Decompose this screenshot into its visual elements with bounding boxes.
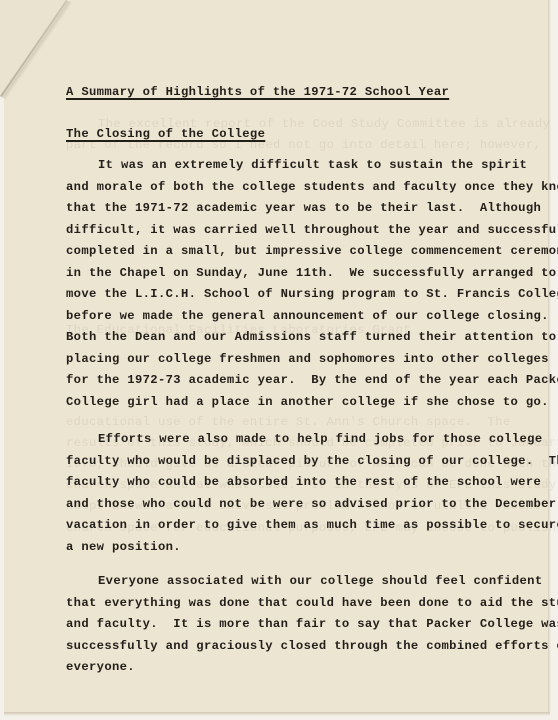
text-line: and faculty. It is more than fair to say… bbox=[66, 617, 558, 631]
ghost-line: educational use of the entire St. Ann's … bbox=[66, 415, 511, 429]
text-line: College girl had a place in another coll… bbox=[66, 395, 549, 409]
document-title: A Summary of Highlights of the 1971-72 S… bbox=[66, 85, 449, 99]
text-line: that everything was done that could have… bbox=[66, 596, 558, 610]
text-line: difficult, it was carried well throughou… bbox=[66, 223, 558, 237]
text-line: before we made the general announcement … bbox=[66, 309, 549, 323]
text-line: successfully and graciously closed throu… bbox=[66, 639, 558, 653]
text-line: everyone. bbox=[66, 660, 135, 674]
text-line: for the 1972-73 academic year. By the en… bbox=[66, 373, 558, 387]
section-heading: The Closing of the College bbox=[66, 127, 265, 141]
text-line: Efforts were also made to help find jobs… bbox=[98, 432, 543, 446]
text-line: faculty who would be displaced by the cl… bbox=[66, 454, 558, 468]
text-line: a new position. bbox=[66, 540, 181, 554]
text-line: placing our college freshmen and sophomo… bbox=[66, 352, 549, 366]
text-line: Everyone associated with our college sho… bbox=[98, 574, 543, 588]
text-line: and those who could not be were so advis… bbox=[66, 497, 556, 511]
text-line: vacation in order to give them as much t… bbox=[66, 518, 558, 532]
text-line: faculty who could be absorbed into the r… bbox=[66, 475, 541, 489]
text-line: It was an extremely difficult task to su… bbox=[98, 158, 527, 172]
page-edge-bottom bbox=[4, 712, 550, 716]
text-line: that the 1971-72 academic year was to be… bbox=[66, 201, 541, 215]
text-line: completed in a small, but impressive col… bbox=[66, 244, 558, 258]
text-line: and morale of both the college students … bbox=[66, 180, 558, 194]
text-line: in the Chapel on Sunday, June 11th. We s… bbox=[66, 266, 556, 280]
text-line: move the L.I.C.H. School of Nursing prog… bbox=[66, 287, 558, 301]
text-line: Both the Dean and our Admissions staff t… bbox=[66, 330, 556, 344]
